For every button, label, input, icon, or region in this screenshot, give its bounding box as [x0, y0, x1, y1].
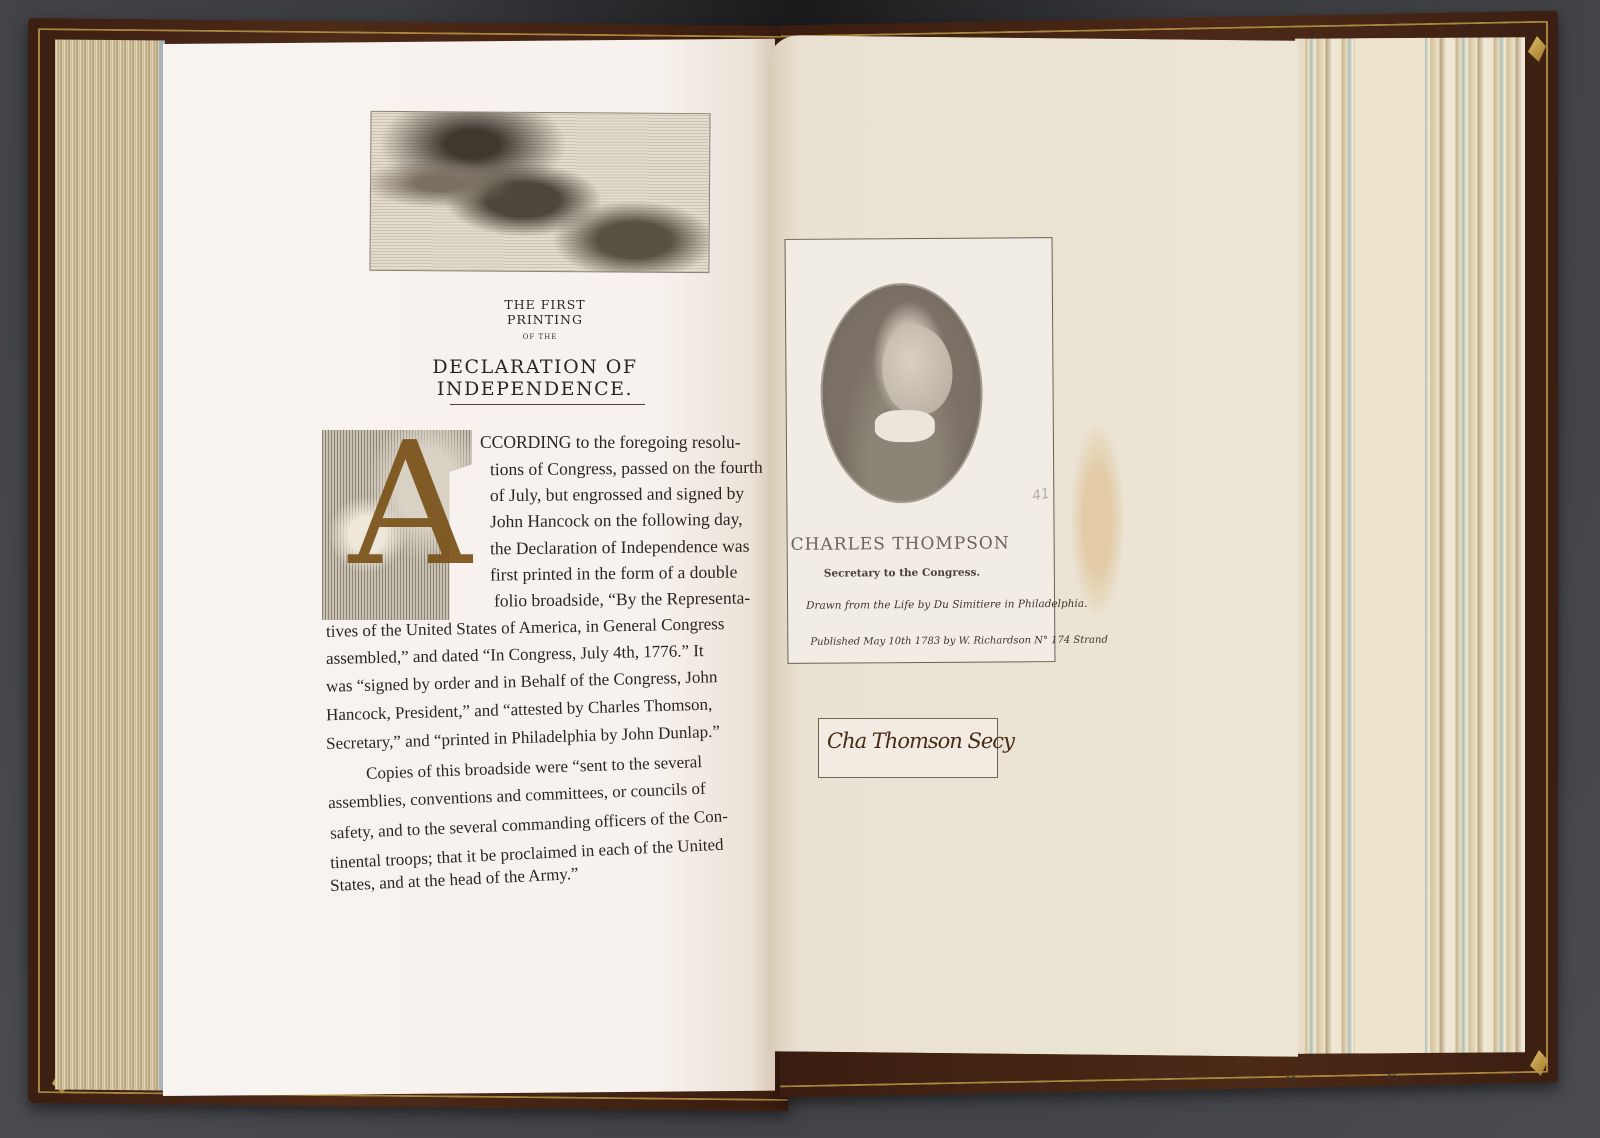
- oval-portrait: [820, 283, 984, 504]
- portrait-neckcloth: [875, 410, 935, 442]
- page-number: 49: [1284, 1075, 1297, 1086]
- text-line: of July, but engrossed and signed by: [490, 483, 744, 506]
- pencil-annotation: 41: [1031, 486, 1051, 505]
- chapter-heading-line1: THE FIRST PRINTING: [470, 297, 620, 327]
- leaf-tab-number: 45: [1386, 1072, 1399, 1083]
- text-line: tions of Congress, passed on the fourth: [490, 457, 763, 480]
- engraving-publisher-line: Published May 10th 1783 by W. Richardson…: [810, 635, 1108, 648]
- title-rule: [450, 404, 645, 405]
- leaf-tab-number: 5: [1511, 1072, 1517, 1083]
- engraving-subtitle: Secretary to the Congress.: [824, 567, 980, 580]
- text-line: CCORDING to the foregoing resolu-: [480, 432, 741, 453]
- signature-text: Cha Thomson Secy: [827, 729, 1014, 753]
- engraving-title: CHARLES THOMPSON: [788, 533, 1013, 555]
- page-edges-left: [55, 40, 165, 1091]
- text-line: folio broadside, “By the Representa-: [494, 587, 750, 611]
- engraved-vignette: [369, 111, 710, 273]
- page-edges-right: [1295, 37, 1525, 1054]
- mounted-engraving: CHARLES THOMPSON Secretary to the Congre…: [785, 237, 1056, 664]
- chapter-title: DECLARATION OF INDEPENDENCE.: [350, 356, 720, 400]
- engraving-credit: Drawn from the Life by Du Simitiere in P…: [806, 598, 1087, 612]
- chapter-heading-line2: OF THE: [505, 333, 575, 341]
- text-line: John Hancock on the following day,: [490, 509, 743, 533]
- portrait-face: [882, 325, 953, 415]
- mounted-signature: Cha Thomson Secy: [818, 718, 998, 778]
- text-line: first printed in the form of a double: [490, 561, 738, 585]
- book-photo: THE FIRST PRINTING OF THE DECLARATION OF…: [0, 0, 1600, 1138]
- dropcap-letter: A: [340, 420, 480, 590]
- offset-stain: [1070, 420, 1125, 620]
- text-line: the Declaration of Independence was: [490, 536, 750, 560]
